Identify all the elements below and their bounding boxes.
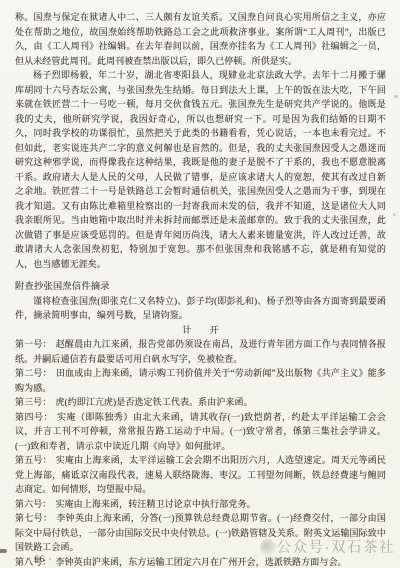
letter-item-text: 赵醒晨由九江来函，报告党部仍须设在南昌，及进行青年团方面工作与表同情各报纸。并嗣… xyxy=(15,339,386,364)
letter-item-text: 实庵由上海来函，转汪精卫讨论京中执行部党务。 xyxy=(55,499,255,509)
letter-item-text: 虎(约即江亢虎)是否选定铁工代表。系由沪来函。 xyxy=(55,397,252,407)
letter-item-label: 第五号： xyxy=(15,455,52,465)
scanned-document-page: 称。国焘与保定在狱诸人中二、三人颇有友谊关系。又国焘自问良心实用所信之主义，亦应… xyxy=(0,0,400,568)
scan-artifact-left-edge xyxy=(0,549,7,553)
letter-item-5: 第五号：实庵由上海来函，太平洋运输工会会期不出阳历六月，人选望速定。周天元等函民… xyxy=(15,453,386,497)
letter-item-label: 第七号： xyxy=(15,513,52,523)
letter-item-8: 第八号：李钟英由沪来函，东方运输工团定六月在广州开会，选派铁路方面与会。 xyxy=(15,555,386,568)
letter-item-label: 第四号： xyxy=(15,412,53,422)
letter-item-label: 第二号： xyxy=(15,368,52,378)
list-title: 计 开 xyxy=(15,323,386,338)
letter-item-label: 第一号： xyxy=(15,339,52,349)
letter-item-3: 第三号：虎(约即江亢虎)是否选定铁工代表。系由沪来函。 xyxy=(15,395,386,410)
letter-item-7: 第七号：李钟英由上海来函，分答(一)预算铁总经费总期节省。(一)经费交付，一部分… xyxy=(15,511,386,555)
letter-item-6: 第六号：实庵由上海来函，转汪精卫讨论京中执行部党务。 xyxy=(15,497,386,512)
page-number: · 66 · xyxy=(27,554,53,564)
paragraph-letters-intro: 谨将检查张国焘(即张克仁又名特立)、彭子均(即彭礼和)、杨子烈等由各方面寄到最要… xyxy=(15,294,386,323)
letter-item-text: 田血成由上海来函，请示购工刊价值并关于“劳动新闻”及出版物《共产主义》能多购为感… xyxy=(15,368,386,393)
letter-item-4: 第四号：实庵（即陈独秀）由北大来函，请其收存(一)致恺荫者，约赴太平洋运输工会会… xyxy=(15,410,386,454)
paragraph-guotao-testimony: 称。国焘与保定在狱诸人中二、三人颇有友谊关系。又国焘自问良心实用所信之主义，亦应… xyxy=(15,10,386,68)
letter-item-label: 第三号： xyxy=(15,397,51,407)
letter-item-text: 李钟英由上海来函，分答(一)预算铁总经费总期节省。(一)经费交付，一部分由国际交… xyxy=(15,513,386,552)
letter-item-text: 实庵（即陈独秀）由北大来函，请其收存(一)致恺荫者，约赴太平洋运输工会会议，并言… xyxy=(15,412,386,451)
letter-item-text: 李钟英由沪来函，东方运输工团定六月在广州开会，选派铁路方面与会。 xyxy=(55,557,346,567)
scan-artifact-speck xyxy=(393,213,396,216)
section-heading: 附查抄张国焘信件摘录 xyxy=(15,279,386,294)
letter-item-text: 实庵由上海来函，太平洋运输工会会期不出阳历六月，人选望速定。周天元等函民党上海部… xyxy=(15,455,386,494)
scan-artifact-speck xyxy=(394,95,398,98)
paragraph-yangzilie-testimony: 杨子烈即杨毅，年二十岁，湖北省枣阳县人，现肄业北京法政大学。去年十二月搬于骡库胡… xyxy=(15,68,386,271)
letter-item-2: 第二号：田血成由上海来函，请示购工刊价值并关于“劳动新闻”及出版物《共产主义》能… xyxy=(15,366,386,395)
letter-item-label: 第六号： xyxy=(15,499,51,509)
letter-item-1: 第一号：赵醒晨由九江来函，报告党部仍须设在南昌，及进行青年团方面工作与表同情各报… xyxy=(15,337,386,366)
